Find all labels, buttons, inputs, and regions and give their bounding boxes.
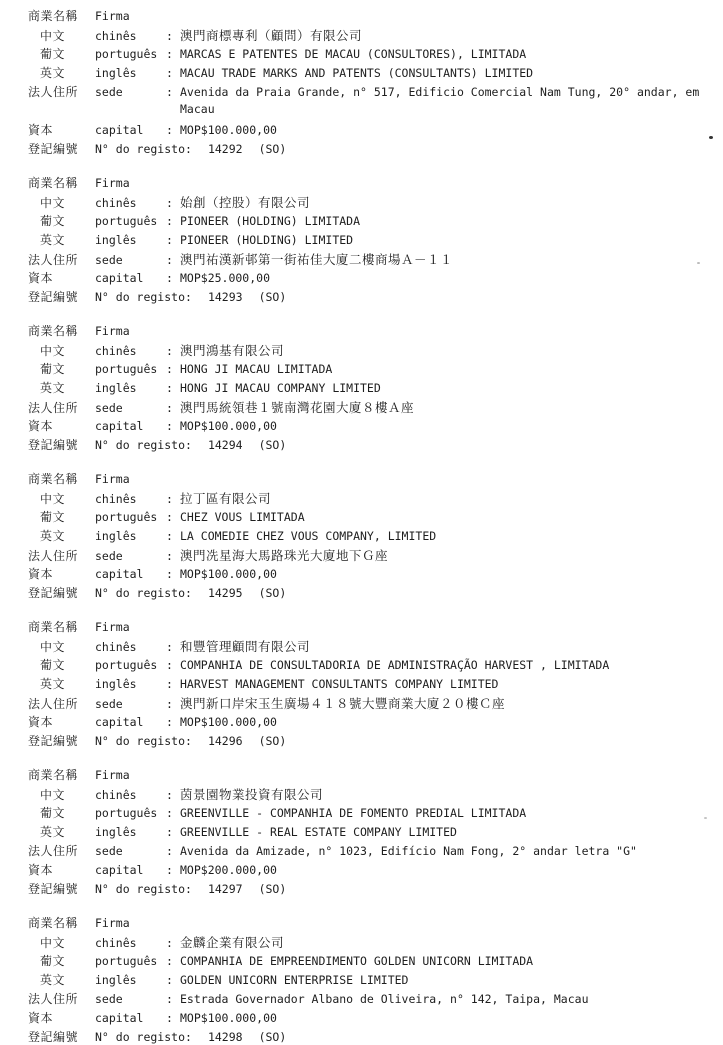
registered-address-row-value: 澳門祐漢新邨第一街祐佳大廈二樓商場Ａ－１１ (180, 250, 453, 268)
colon-separator: : (166, 233, 180, 247)
portuguese-name-row: 葡文português:PIONEER (HOLDING) LIMITADA (28, 212, 723, 231)
scan-speck (709, 136, 713, 139)
label-pt: N° do registo: (95, 142, 192, 156)
registration-number-row: 登記編號N° do registo:14298(SO) (28, 1028, 723, 1045)
colon-separator: : (166, 66, 180, 80)
address-continuation-row: :Macau (28, 102, 723, 121)
portuguese-name-row-value: PIONEER (HOLDING) LIMITADA (180, 214, 360, 228)
registered-address-row-value: 澳門新口岸宋玉生廣場４１８號大豐商業大廈２０樓Ｃ座 (180, 694, 505, 712)
label-zh: 中文 (28, 638, 95, 655)
registration-suffix: (SO) (259, 1030, 287, 1044)
label-pt: chinês (95, 344, 166, 358)
capital-row-value: MOP$25.000,00 (180, 271, 270, 285)
colon-separator: : (166, 510, 180, 524)
colon-separator: : (166, 214, 180, 228)
registered-address-row-value: 澳門馬統領巷１號南灣花園大廈８樓Ａ座 (180, 398, 414, 416)
label-pt: chinês (95, 29, 166, 43)
label-pt: sede (95, 844, 166, 858)
english-name-row-value: LA COMEDIE CHEZ VOUS COMPANY, LIMITED (180, 529, 436, 543)
label-pt: Firma (95, 9, 166, 23)
label-pt: capital (95, 863, 166, 877)
label-pt: N° do registo: (95, 290, 192, 304)
registration-number-value: 14297 (208, 882, 243, 896)
label-pt: Firma (95, 176, 166, 190)
registration-number-row: 登記編號N° do registo:14297(SO) (28, 880, 723, 899)
scan-speck (697, 262, 700, 264)
label-zh: 中文 (28, 934, 95, 951)
label-pt: N° do registo: (95, 734, 192, 748)
colon-separator: : (166, 567, 180, 581)
address-continuation-value: Macau (180, 102, 215, 116)
label-zh: 英文 (28, 231, 95, 248)
label-zh: 英文 (28, 379, 95, 396)
label-zh: 資本 (28, 565, 95, 582)
chinese-name-row-value: 金麟企業有限公司 (180, 933, 284, 951)
registration-number-row: 登記編號N° do registo:14292(SO) (28, 140, 723, 159)
label-zh: 英文 (28, 675, 95, 692)
label-pt: N° do registo: (95, 882, 192, 896)
registration-number-row: 登記編號N° do registo:14296(SO) (28, 732, 723, 751)
firm-header-row: 商業名稱Firma (28, 914, 723, 933)
english-name-row-value: GOLDEN UNICORN ENTERPRISE LIMITED (180, 973, 408, 987)
label-zh: 葡文 (28, 656, 95, 673)
label-zh: 中文 (28, 786, 95, 803)
label-pt: sede (95, 401, 166, 415)
label-zh: 葡文 (28, 212, 95, 229)
chinese-name-row-value: 茵景園物業投資有限公司 (180, 785, 323, 803)
chinese-name-row-value: 始創（控股）有限公司 (180, 193, 310, 211)
registered-address-row-value: Estrada Governador Albano de Oliveira, n… (180, 992, 589, 1006)
registration-number-row: 登記編號N° do registo:14295(SO) (28, 584, 723, 603)
colon-separator: : (166, 697, 180, 711)
english-name-row: 英文inglês:HONG JI MACAU COMPANY LIMITED (28, 379, 723, 398)
label-pt: inglês (95, 381, 166, 395)
label-pt: Firma (95, 472, 166, 486)
registered-address-row: 法人住所sede:澳門冼星海大馬路珠光大廈地下Ｇ座 (28, 546, 723, 565)
registration-number-value: 14296 (208, 734, 243, 748)
label-pt: chinês (95, 640, 166, 654)
portuguese-name-row-value: COMPANHIA DE CONSULTADORIA DE ADMINISTRA… (180, 658, 609, 672)
label-zh: 法人住所 (28, 547, 95, 564)
label-pt: N° do registo: (95, 1030, 192, 1044)
company-entry: 商業名稱Firma中文chinês:澳門鴻基有限公司葡文português:HO… (28, 322, 723, 455)
label-zh: 葡文 (28, 804, 95, 821)
english-name-row: 英文inglês:PIONEER (HOLDING) LIMITED (28, 231, 723, 250)
registration-suffix: (SO) (259, 142, 287, 156)
portuguese-name-row-value: GREENVILLE - COMPANHIA DE FOMENTO PREDIA… (180, 806, 526, 820)
colon-separator: : (166, 362, 180, 376)
english-name-row-value: HONG JI MACAU COMPANY LIMITED (180, 381, 381, 395)
firm-header-row: 商業名稱Firma (28, 618, 723, 637)
colon-separator: : (166, 47, 180, 61)
english-name-row-value: PIONEER (HOLDING) LIMITED (180, 233, 353, 247)
registration-suffix: (SO) (259, 586, 287, 600)
label-zh: 登記編號 (28, 140, 95, 157)
registered-address-row: 法人住所sede:Estrada Governador Albano de Ol… (28, 990, 723, 1009)
english-name-row: 英文inglês:MACAU TRADE MARKS AND PATENTS (… (28, 64, 723, 83)
colon-separator: : (166, 419, 180, 433)
registration-suffix: (SO) (259, 734, 287, 748)
label-pt: sede (95, 697, 166, 711)
registration-number-row: 登記編號N° do registo:14293(SO) (28, 288, 723, 307)
colon-separator: : (166, 806, 180, 820)
english-name-row: 英文inglês:GOLDEN UNICORN ENTERPRISE LIMIT… (28, 971, 723, 990)
label-zh: 商業名稱 (28, 914, 95, 931)
label-pt: inglês (95, 677, 166, 691)
label-pt: português (95, 47, 166, 61)
label-zh: 資本 (28, 269, 95, 286)
firm-header-row: 商業名稱Firma (28, 174, 723, 193)
label-zh: 商業名稱 (28, 7, 95, 24)
registration-suffix: (SO) (259, 290, 287, 304)
portuguese-name-row: 葡文português:MARCAS E PATENTES DE MACAU (… (28, 45, 723, 64)
label-pt: inglês (95, 825, 166, 839)
company-entry: 商業名稱Firma中文chinês:茵景園物業投資有限公司葡文português… (28, 766, 723, 899)
portuguese-name-row-value: COMPANHIA DE EMPREENDIMENTO GOLDEN UNICO… (180, 954, 533, 968)
colon-separator: : (166, 844, 180, 858)
label-zh: 商業名稱 (28, 174, 95, 191)
label-pt: chinês (95, 492, 166, 506)
label-pt: português (95, 362, 166, 376)
label-zh: 英文 (28, 971, 95, 988)
label-zh: 法人住所 (28, 990, 95, 1007)
colon-separator: : (166, 123, 180, 137)
gazette-registry-page: 商業名稱Firma中文chinês:澳門商標專利（顧問）有限公司葡文portug… (0, 0, 723, 1045)
firm-header-row: 商業名稱Firma (28, 470, 723, 489)
label-pt: inglês (95, 973, 166, 987)
registered-address-row: 法人住所sede:澳門祐漢新邨第一街祐佳大廈二樓商場Ａ－１１ (28, 250, 723, 269)
chinese-name-row: 中文chinês:茵景園物業投資有限公司 (28, 785, 723, 804)
label-pt: N° do registo: (95, 586, 192, 600)
colon-separator: : (166, 529, 180, 543)
colon-separator: : (166, 253, 180, 267)
label-zh: 登記編號 (28, 1028, 95, 1045)
chinese-name-row: 中文chinês:澳門鴻基有限公司 (28, 341, 723, 360)
registered-address-row-value: Avenida da Amizade, n° 1023, Edifício Na… (180, 844, 637, 858)
portuguese-name-row-value: HONG JI MACAU LIMITADA (180, 362, 332, 376)
label-zh: 葡文 (28, 45, 95, 62)
colon-separator: : (166, 549, 180, 563)
company-entry: 商業名稱Firma中文chinês:金麟企業有限公司葡文português:CO… (28, 914, 723, 1045)
label-pt: N° do registo: (95, 438, 192, 452)
firm-header-row: 商業名稱Firma (28, 7, 723, 26)
label-zh: 商業名稱 (28, 618, 95, 635)
capital-row: 資本capital:MOP$200.000,00 (28, 861, 723, 880)
label-pt: português (95, 658, 166, 672)
label-pt: sede (95, 253, 166, 267)
capital-row-value: MOP$100.000,00 (180, 419, 277, 433)
capital-row: 資本capital:MOP$100.000,00 (28, 565, 723, 584)
label-pt: capital (95, 715, 166, 729)
label-zh: 中文 (28, 490, 95, 507)
colon-separator: : (166, 29, 180, 43)
capital-row-value: MOP$100.000,00 (180, 123, 277, 137)
chinese-name-row: 中文chinês:金麟企業有限公司 (28, 933, 723, 952)
label-pt: português (95, 214, 166, 228)
english-name-row-value: HARVEST MANAGEMENT CONSULTANTS COMPANY L… (180, 677, 499, 691)
registration-suffix: (SO) (259, 438, 287, 452)
scan-speck (704, 817, 707, 819)
portuguese-name-row-value: CHEZ VOUS LIMITADA (180, 510, 305, 524)
label-zh: 法人住所 (28, 695, 95, 712)
registration-number-value: 14293 (208, 290, 243, 304)
colon-separator: : (166, 788, 180, 802)
company-entry: 商業名稱Firma中文chinês:澳門商標專利（顧問）有限公司葡文portug… (28, 7, 723, 159)
english-name-row-value: MACAU TRADE MARKS AND PATENTS (CONSULTAN… (180, 66, 533, 80)
label-zh: 商業名稱 (28, 322, 95, 339)
registration-number-value: 14295 (208, 586, 243, 600)
label-pt: capital (95, 1011, 166, 1025)
registered-address-row: 法人住所sede:澳門新口岸宋玉生廣場４１８號大豐商業大廈２０樓Ｃ座 (28, 694, 723, 713)
chinese-name-row-value: 澳門鴻基有限公司 (180, 341, 284, 359)
capital-row: 資本capital:MOP$25.000,00 (28, 269, 723, 288)
firm-header-row: 商業名稱Firma (28, 766, 723, 785)
chinese-name-row-value: 澳門商標專利（顧問）有限公司 (180, 26, 362, 44)
label-pt: capital (95, 271, 166, 285)
english-name-row: 英文inglês:HARVEST MANAGEMENT CONSULTANTS … (28, 675, 723, 694)
company-entry: 商業名稱Firma中文chinês:和豐管理顧問有限公司葡文português:… (28, 618, 723, 751)
label-zh: 法人住所 (28, 83, 95, 100)
registered-address-row: 法人住所sede:Avenida da Amizade, n° 1023, Ed… (28, 842, 723, 861)
label-zh: 葡文 (28, 360, 95, 377)
capital-row: 資本capital:MOP$100.000,00 (28, 713, 723, 732)
colon-separator: : (166, 196, 180, 210)
label-pt: capital (95, 567, 166, 581)
capital-row: 資本capital:MOP$100.000,00 (28, 417, 723, 436)
label-zh: 商業名稱 (28, 766, 95, 783)
colon-separator: : (166, 271, 180, 285)
registered-address-row: 法人住所sede:澳門馬統領巷１號南灣花園大廈８樓Ａ座 (28, 398, 723, 417)
label-zh: 資本 (28, 713, 95, 730)
company-entries-list: 商業名稱Firma中文chinês:澳門商標專利（顧問）有限公司葡文portug… (28, 7, 723, 1045)
colon-separator: : (166, 1011, 180, 1025)
label-pt: português (95, 954, 166, 968)
label-pt: capital (95, 419, 166, 433)
label-pt: sede (95, 85, 166, 99)
chinese-name-row: 中文chinês:拉丁區有限公司 (28, 489, 723, 508)
colon-separator: : (166, 492, 180, 506)
registered-address-row: 法人住所sede:Avenida da Praia Grande, n° 517… (28, 83, 723, 102)
registration-number-row: 登記編號N° do registo:14294(SO) (28, 436, 723, 455)
label-zh: 英文 (28, 64, 95, 81)
registered-address-row-value: Avenida da Praia Grande, n° 517, Edifici… (180, 85, 699, 99)
label-pt: sede (95, 992, 166, 1006)
label-pt: sede (95, 549, 166, 563)
colon-separator: : (166, 863, 180, 877)
label-zh: 葡文 (28, 508, 95, 525)
label-pt: português (95, 510, 166, 524)
capital-row-value: MOP$100.000,00 (180, 1011, 277, 1025)
chinese-name-row: 中文chinês:澳門商標專利（顧問）有限公司 (28, 26, 723, 45)
colon-separator: : (166, 344, 180, 358)
colon-separator: : (166, 401, 180, 415)
capital-row: 資本capital:MOP$100.000,00 (28, 1009, 723, 1028)
portuguese-name-row: 葡文português:HONG JI MACAU LIMITADA (28, 360, 723, 379)
english-name-row-value: GREENVILLE - REAL ESTATE COMPANY LIMITED (180, 825, 457, 839)
registration-suffix: (SO) (259, 882, 287, 896)
chinese-name-row-value: 拉丁區有限公司 (180, 489, 271, 507)
english-name-row: 英文inglês:GREENVILLE - REAL ESTATE COMPAN… (28, 823, 723, 842)
colon-separator: : (166, 85, 180, 99)
label-pt: Firma (95, 620, 166, 634)
colon-separator: : (166, 640, 180, 654)
chinese-name-row: 中文chinês:和豐管理顧問有限公司 (28, 637, 723, 656)
label-pt: Firma (95, 768, 166, 782)
colon-separator: : (166, 973, 180, 987)
chinese-name-row: 中文chinês:始創（控股）有限公司 (28, 193, 723, 212)
registration-number-value: 14292 (208, 142, 243, 156)
company-entry: 商業名稱Firma中文chinês:拉丁區有限公司葡文português:CHE… (28, 470, 723, 603)
label-zh: 法人住所 (28, 251, 95, 268)
portuguese-name-row: 葡文português:GREENVILLE - COMPANHIA DE FO… (28, 804, 723, 823)
portuguese-name-row: 葡文português:COMPANHIA DE CONSULTADORIA D… (28, 656, 723, 675)
colon-separator: : (166, 936, 180, 950)
portuguese-name-row: 葡文português:COMPANHIA DE EMPREENDIMENTO … (28, 952, 723, 971)
label-zh: 登記編號 (28, 436, 95, 453)
capital-row-value: MOP$200.000,00 (180, 863, 277, 877)
label-pt: inglês (95, 529, 166, 543)
label-zh: 登記編號 (28, 732, 95, 749)
label-pt: inglês (95, 233, 166, 247)
label-zh: 資本 (28, 1009, 95, 1026)
capital-row-value: MOP$100.000,00 (180, 567, 277, 581)
chinese-name-row-value: 和豐管理顧問有限公司 (180, 637, 310, 655)
colon-separator: : (166, 954, 180, 968)
registration-number-value: 14294 (208, 438, 243, 452)
capital-row: 資本capital:MOP$100.000,00 (28, 121, 723, 140)
label-pt: inglês (95, 66, 166, 80)
colon-separator: : (166, 715, 180, 729)
label-pt: chinês (95, 196, 166, 210)
capital-row-value: MOP$100.000,00 (180, 715, 277, 729)
label-zh: 資本 (28, 121, 95, 138)
portuguese-name-row: 葡文português:CHEZ VOUS LIMITADA (28, 508, 723, 527)
label-zh: 資本 (28, 417, 95, 434)
registration-number-value: 14298 (208, 1030, 243, 1044)
label-pt: capital (95, 123, 166, 137)
label-zh: 中文 (28, 194, 95, 211)
portuguese-name-row-value: MARCAS E PATENTES DE MACAU (CONSULTORES)… (180, 47, 526, 61)
colon-separator: : (166, 992, 180, 1006)
colon-separator: : (166, 381, 180, 395)
colon-separator: : (166, 658, 180, 672)
label-zh: 中文 (28, 342, 95, 359)
english-name-row: 英文inglês:LA COMEDIE CHEZ VOUS COMPANY, L… (28, 527, 723, 546)
colon-separator: : (166, 677, 180, 691)
registered-address-row-value: 澳門冼星海大馬路珠光大廈地下Ｇ座 (180, 546, 388, 564)
label-pt: chinês (95, 936, 166, 950)
label-zh: 英文 (28, 527, 95, 544)
label-zh: 登記編號 (28, 288, 95, 305)
label-zh: 登記編號 (28, 880, 95, 897)
firm-header-row: 商業名稱Firma (28, 322, 723, 341)
label-pt: chinês (95, 788, 166, 802)
company-entry: 商業名稱Firma中文chinês:始創（控股）有限公司葡文português:… (28, 174, 723, 307)
label-pt: português (95, 806, 166, 820)
label-zh: 法人住所 (28, 842, 95, 859)
label-zh: 登記編號 (28, 584, 95, 601)
label-zh: 資本 (28, 861, 95, 878)
label-zh: 法人住所 (28, 399, 95, 416)
label-zh: 商業名稱 (28, 470, 95, 487)
label-zh: 英文 (28, 823, 95, 840)
label-pt: Firma (95, 916, 166, 930)
colon-separator: : (166, 825, 180, 839)
label-zh: 葡文 (28, 952, 95, 969)
label-pt: Firma (95, 324, 166, 338)
label-zh: 中文 (28, 27, 95, 44)
